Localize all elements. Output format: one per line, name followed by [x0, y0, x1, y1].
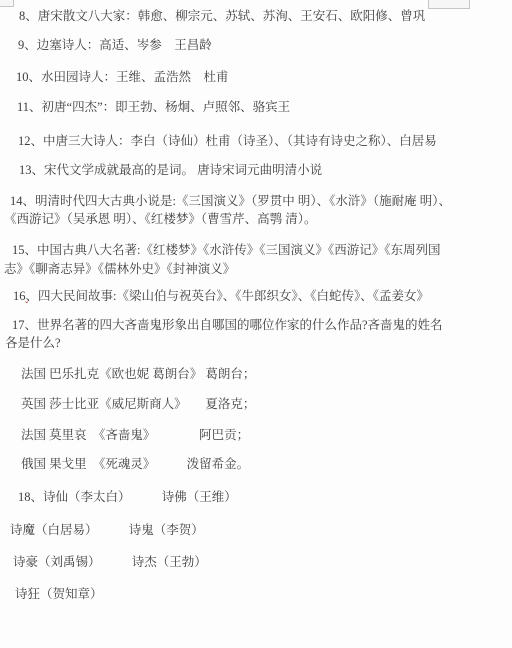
text-line: 志》《聊斋志异》《儒林外史》《封神演义》 — [4, 262, 235, 277]
text-line: 各是什么? — [5, 336, 61, 351]
text-line: 10、水田园诗人：王维、孟浩然 杜甫 — [16, 70, 229, 85]
text-line: 俄国 果戈里 《死魂灵》 泼留希金。 — [21, 457, 249, 472]
text-line: 15、中国古典八大名著:《红楼梦》《水浒传》《三国演义》《西游记》《东周列国 — [12, 243, 440, 258]
text-line: 12、中唐三大诗人：李白（诗仙）杜甫（诗圣）、（其诗有诗史之称）、白居易 — [18, 134, 437, 149]
text-line: 英国 莎士比亚《威尼斯商人》 夏洛克； — [21, 397, 255, 412]
text-line: 8、唐宋散文八大家：韩愈、柳宗元、苏轼、苏洵、王安石、欧阳修、曾巩 — [19, 9, 425, 24]
text-line: 《西游记》（吴承恩 明）、《红楼梦》（曹雪芹、高鹗 清）。 — [4, 212, 317, 227]
text-line: 17、世界名著的四大吝啬鬼形象出自哪国的哪位作家的什么作品?吝啬鬼的姓名 — [12, 318, 443, 333]
text-line: 16、四大民间故事:《梁山伯与祝英台》、《牛郎织女》、《白蛇传》、《孟姜女》 — [13, 289, 429, 304]
text-line: 18、诗仙（李太白） 诗佛（王维） — [18, 490, 237, 505]
document-page: 8、唐宋散文八大家：韩愈、柳宗元、苏轼、苏洵、王安石、欧阳修、曾巩9、边塞诗人：… — [0, 0, 512, 648]
proofing-mark-icon: ˇ — [25, 302, 28, 312]
text-line: 11、初唐“四杰”：即王勃、杨炯、卢照邻、骆宾王 — [17, 100, 290, 115]
text-line: 13、宋代文学成就最高的是词。 唐诗宋词元曲明清小说 — [19, 163, 322, 178]
text-line: 诗豪（刘禹锡） 诗杰（王勃） — [13, 555, 207, 570]
text-line: 14、明清时代四大古典小说是:《三国演义》（罗贯中 明）、《水浒》（施耐庵 明）… — [10, 194, 451, 209]
window-edge-artifact-right — [428, 0, 470, 9]
text-line: 9、边塞诗人：高适、岑参 王昌龄 — [18, 38, 212, 53]
text-line: 法国 莫里哀 《吝啬鬼》 阿巴贡； — [21, 428, 249, 443]
text-line: 法国 巴乐扎克《欧也妮 葛朗台》 葛朗台； — [21, 367, 255, 382]
window-edge-artifact-left — [0, 0, 14, 7]
text-line: 诗魔（白居易） 诗鬼（李贺） — [10, 523, 204, 538]
text-line: 诗狂（贺知章） — [15, 587, 103, 602]
